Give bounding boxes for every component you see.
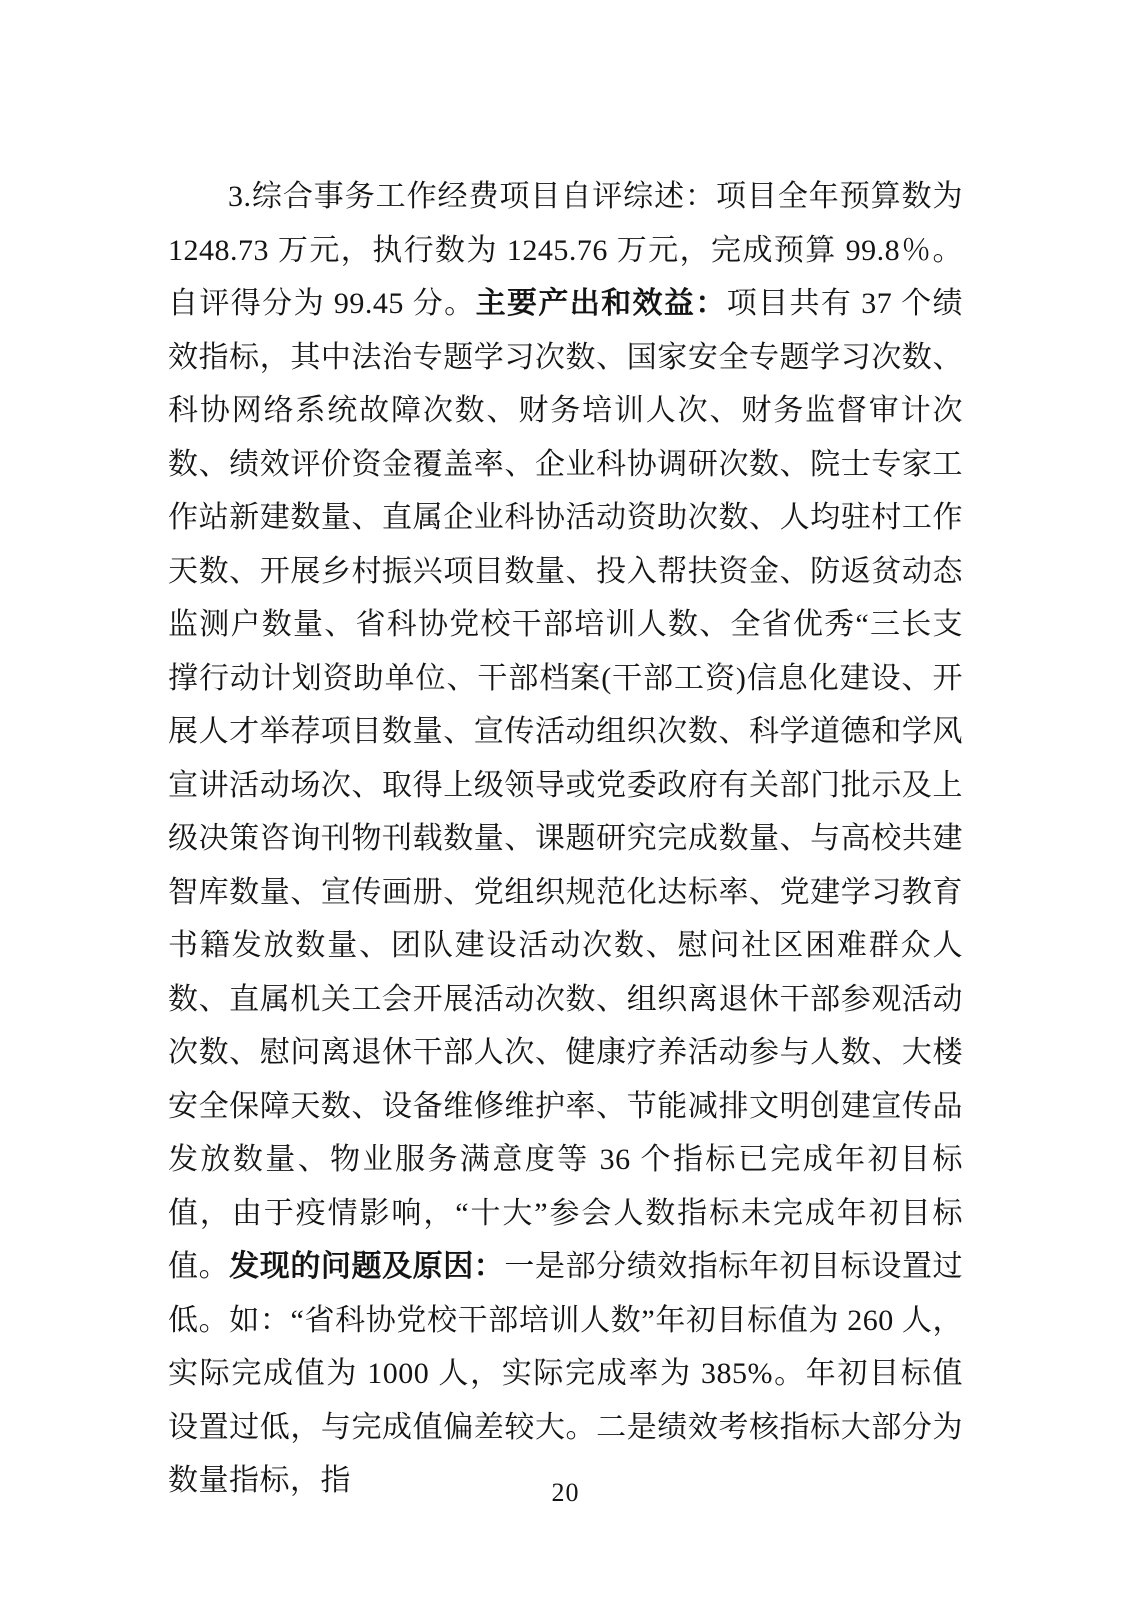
text-segment-problems-detail: 一是部分绩效指标年初目标设置过低。如：“省科协党校干部培训人数”年初目标值为 2… xyxy=(168,1250,963,1497)
body-paragraph: 3.综合事务工作经费项目自评综述：项目全年预算数为 1248.73 万元，执行数… xyxy=(168,170,963,1508)
bold-heading-problems-found: 发现的问题及原因： xyxy=(229,1250,504,1283)
bold-heading-main-outputs-benefits: 主要产出和效益： xyxy=(476,287,727,320)
document-page: 3.综合事务工作经费项目自评综述：项目全年预算数为 1248.73 万元，执行数… xyxy=(0,0,1131,1600)
text-segment-indicators: 项目共有 37 个绩效指标，其中法治专题学习次数、国家安全专题学习次数、科协网络… xyxy=(168,287,963,1283)
page-number: 20 xyxy=(0,1478,1131,1508)
